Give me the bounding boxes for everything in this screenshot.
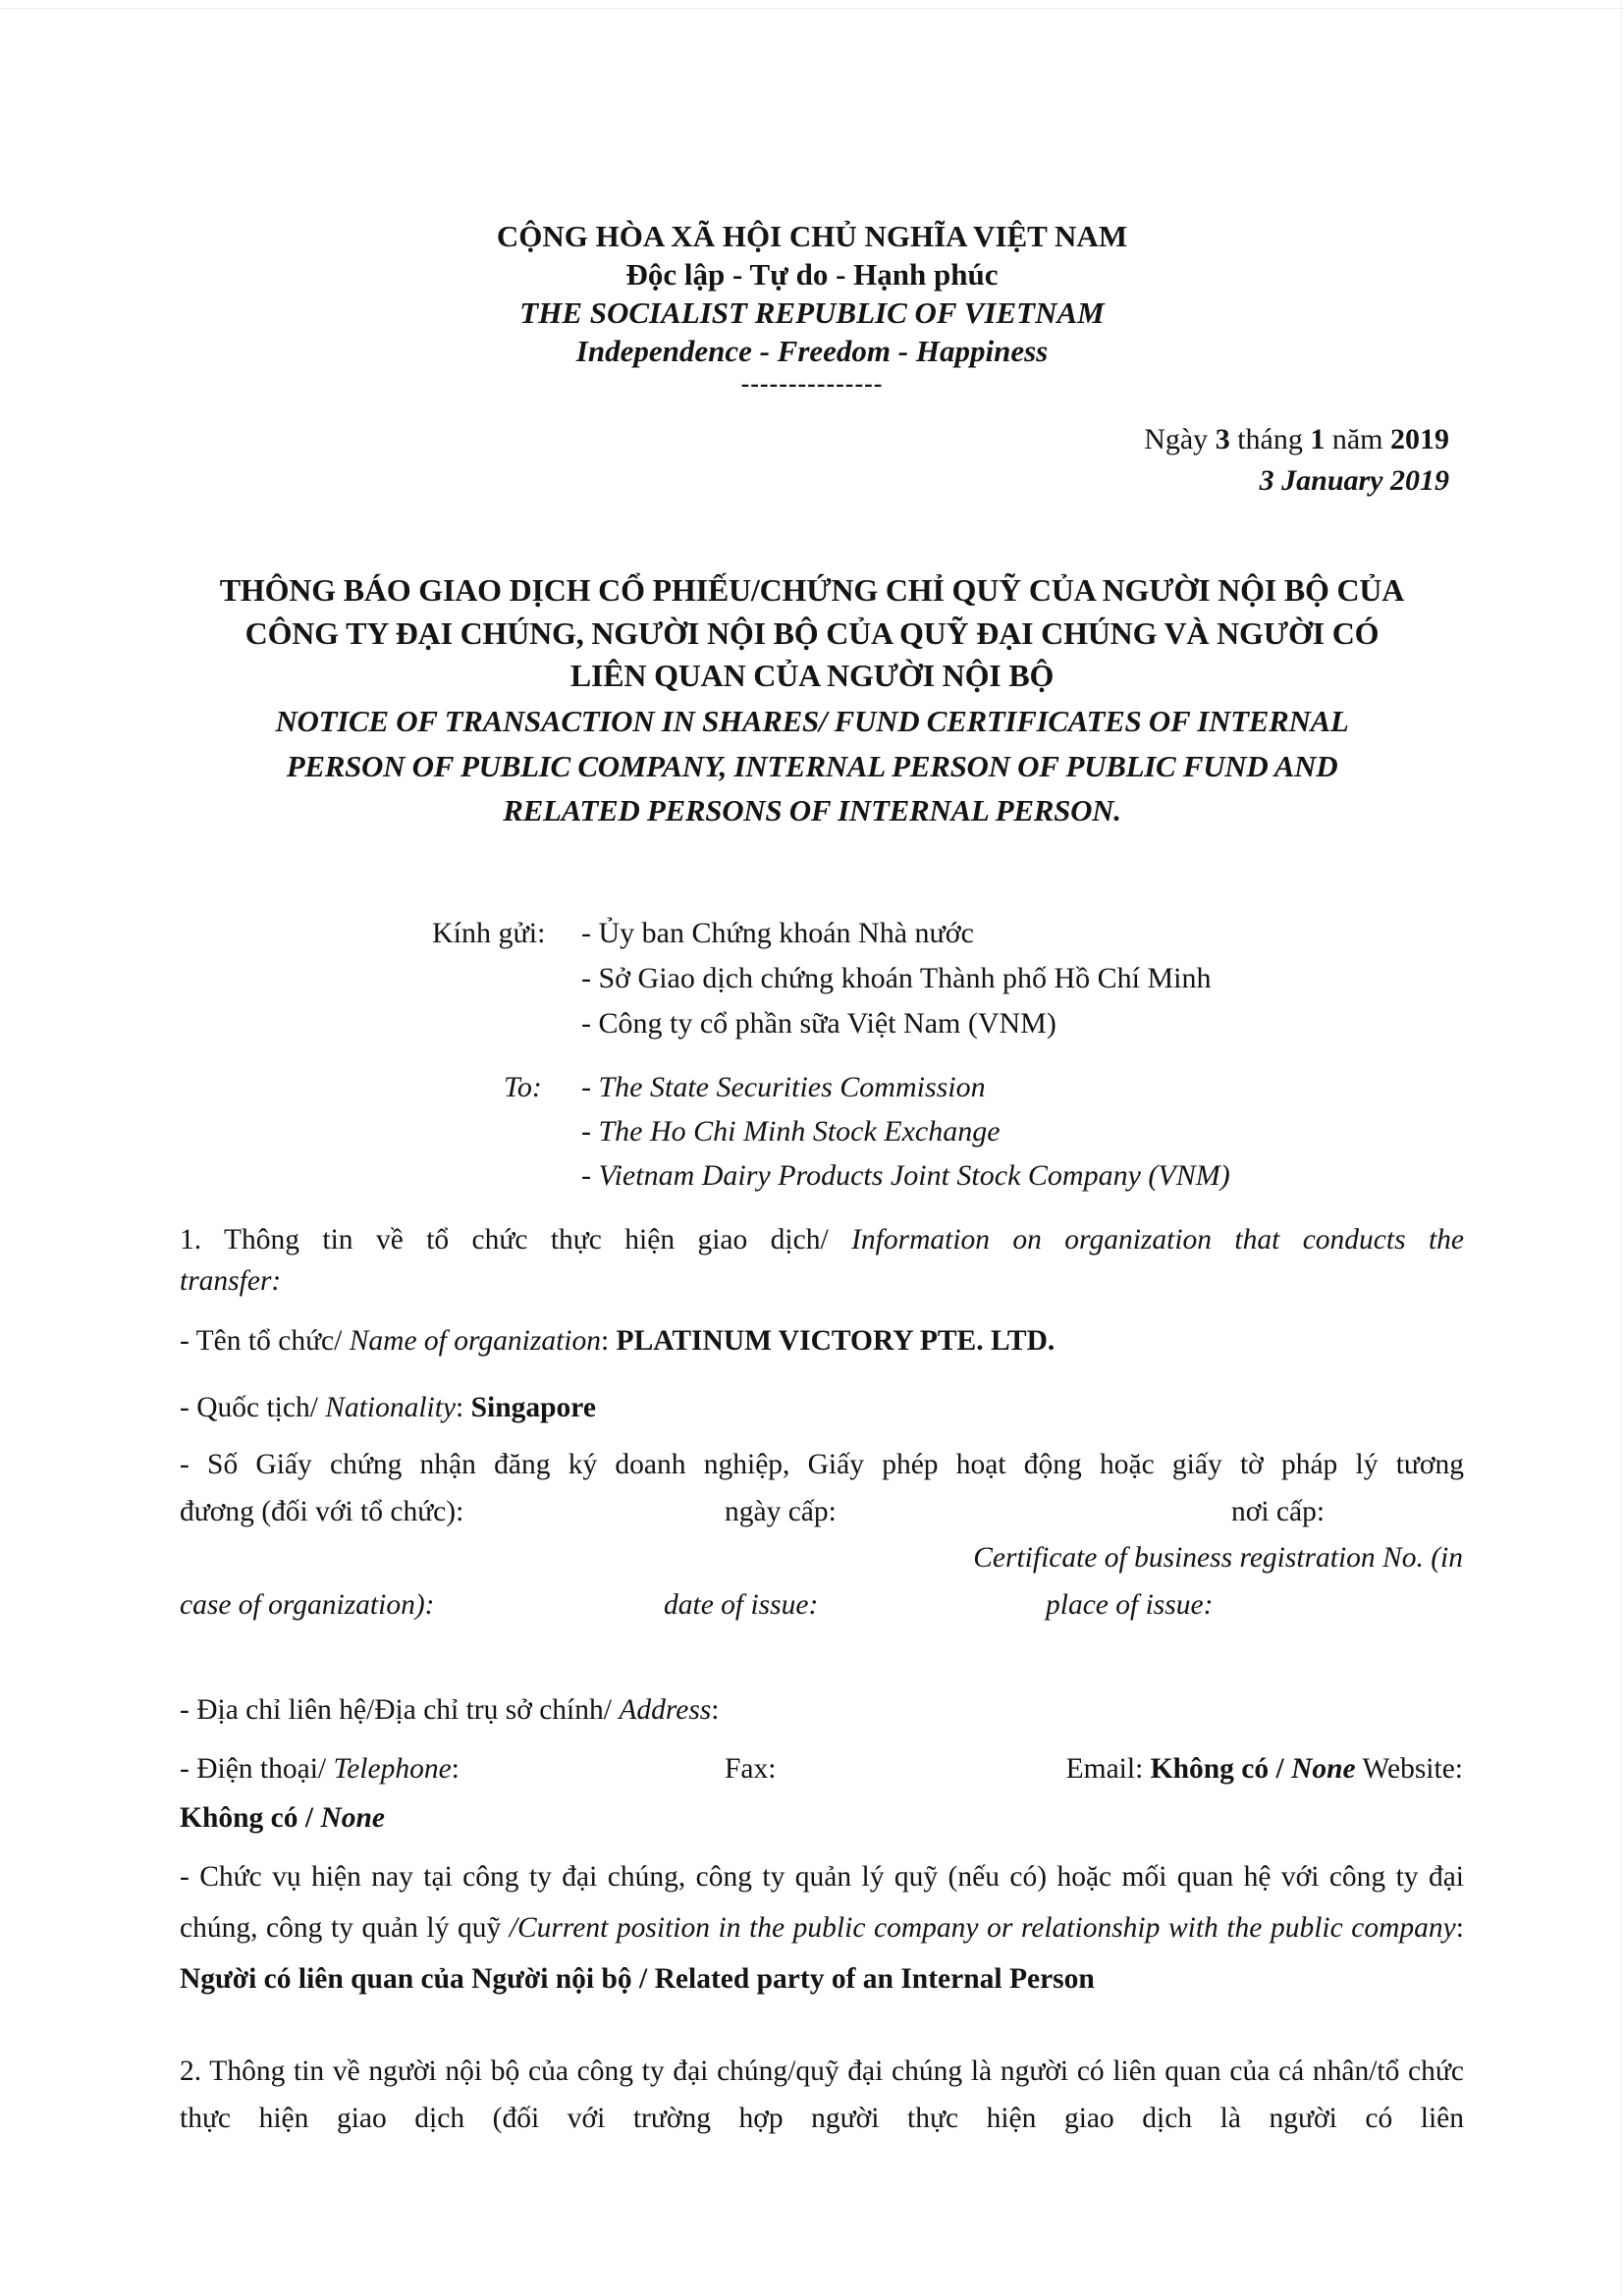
- section1-heading-cont: transfer:: [180, 1261, 281, 1301]
- section1-heading-vi: 1. Thông tin về tổ chức thực hiện giao d…: [180, 1224, 851, 1255]
- email-row: Email: Không có / None Website:: [1066, 1749, 1463, 1789]
- date-vi: Ngày 3 tháng 1 năm 2019: [1144, 420, 1449, 459]
- sep: :: [711, 1694, 719, 1726]
- sep: :: [1456, 1912, 1464, 1944]
- registration-place-label-en: place of issue:: [1046, 1585, 1213, 1625]
- date-day: 3: [1216, 423, 1230, 455]
- national-motto-en: Independence - Freedom - Happiness: [0, 333, 1624, 370]
- nationality-value: Singapore: [471, 1392, 596, 1423]
- recipients-label-vi: Kính gửi:: [432, 911, 545, 956]
- notice-title-en-3: RELATED PERSONS OF INTERNAL PERSON.: [0, 788, 1624, 832]
- address-label-en: Address: [619, 1694, 711, 1726]
- sep: :: [601, 1325, 617, 1357]
- date-en: 3 January 2019: [1260, 461, 1449, 501]
- recipient-en-2: - The Ho Chi Minh Stock Exchange: [581, 1109, 1001, 1154]
- national-motto-vi: Độc lập - Tự do - Hạnh phúc: [0, 256, 1624, 294]
- nationality-label-vi: - Quốc tịch/: [180, 1392, 325, 1423]
- notice-title-en-1: NOTICE OF TRANSACTION IN SHARES/ FUND CE…: [0, 699, 1624, 743]
- recipient-vi-2: - Sở Giao dịch chứng khoán Thành phố Hồ …: [581, 956, 1212, 1001]
- email-value-vi: Không có /: [1151, 1753, 1291, 1785]
- website-value-vi: Không có /: [180, 1802, 320, 1834]
- nationality-row: - Quốc tịch/ Nationality: Singapore: [180, 1388, 596, 1427]
- org-name-label-vi: - Tên tổ chức/: [180, 1325, 350, 1357]
- header-divider: ---------------: [0, 369, 1624, 399]
- address-row: - Địa chỉ liên hệ/Địa chỉ trụ sở chính/ …: [180, 1690, 720, 1730]
- date-month: 1: [1310, 423, 1325, 455]
- date-year-label: năm: [1325, 423, 1390, 455]
- phone-label-en: Telephone: [333, 1753, 451, 1785]
- website-label: Website:: [1356, 1753, 1463, 1785]
- registration-date-label-en: date of issue:: [664, 1585, 818, 1625]
- section1-heading: 1. Thông tin về tổ chức thực hiện giao d…: [180, 1220, 1464, 1259]
- recipient-en-3: - Vietnam Dairy Products Joint Stock Com…: [581, 1153, 1230, 1199]
- registration-line-2a: đương (đối với tổ chức):: [180, 1492, 463, 1531]
- section1-heading-en: Information on organization that conduct…: [851, 1224, 1464, 1255]
- national-title-en: THE SOCIALIST REPUBLIC OF VIETNAM: [0, 294, 1624, 332]
- email-label: Email:: [1066, 1753, 1151, 1785]
- notice-title-vi-3: LIÊN QUAN CỦA NGƯỜI NỘI BỘ: [0, 654, 1624, 697]
- sep: :: [452, 1753, 460, 1785]
- recipients-label-en: To:: [504, 1065, 542, 1110]
- nationality-label-en: Nationality: [325, 1392, 456, 1423]
- registration-line-3: Certificate of business registration No.…: [973, 1538, 1463, 1577]
- registration-date-label-vi: ngày cấp:: [725, 1492, 837, 1531]
- date-month-label: tháng: [1230, 423, 1311, 455]
- position-paragraph: - Chức vụ hiện nay tại công ty đại chúng…: [180, 1851, 1464, 2004]
- position-value: Người có liên quan của Người nội bộ / Re…: [180, 1963, 1095, 1995]
- sep: :: [456, 1392, 471, 1423]
- fax-label: Fax:: [725, 1749, 776, 1789]
- registration-line-1: - Số Giấy chứng nhận đăng ký doanh nghiệ…: [180, 1445, 1464, 1484]
- phone-row: - Điện thoại/ Telephone:: [180, 1749, 460, 1789]
- org-name-value: PLATINUM VICTORY PTE. LTD.: [617, 1325, 1056, 1357]
- national-title-vi: CỘNG HÒA XÃ HỘI CHỦ NGHĨA VIỆT NAM: [0, 218, 1624, 255]
- website-value: Không có / None: [180, 1798, 385, 1838]
- registration-line-4a: case of organization):: [180, 1585, 434, 1625]
- registration-place-label-vi: nơi cấp:: [1231, 1492, 1325, 1531]
- recipient-vi-3: - Công ty cổ phần sữa Việt Nam (VNM): [581, 1001, 1056, 1046]
- scan-edge-top: [0, 8, 1624, 9]
- recipient-vi-1: - Ủy ban Chứng khoán Nhà nước: [581, 911, 974, 956]
- notice-title-vi-1: THÔNG BÁO GIAO DỊCH CỔ PHIẾU/CHỨNG CHỈ Q…: [0, 568, 1624, 612]
- website-value-en: None: [320, 1802, 385, 1834]
- position-text-en: /Current position in the public company …: [510, 1912, 1456, 1944]
- address-label-vi: - Địa chỉ liên hệ/Địa chỉ trụ sở chính/: [180, 1694, 619, 1726]
- notice-title-en-2: PERSON OF PUBLIC COMPANY, INTERNAL PERSO…: [0, 744, 1624, 788]
- section2-paragraph: 2. Thông tin về người nội bộ của công ty…: [180, 2048, 1464, 2142]
- date-year: 2019: [1390, 423, 1449, 455]
- email-value-en: None: [1291, 1753, 1356, 1785]
- org-name-row: - Tên tổ chức/ Name of organization: PLA…: [180, 1321, 1055, 1361]
- notice-title-vi-2: CÔNG TY ĐẠI CHÚNG, NGƯỜI NỘI BỘ CỦA QUỸ …: [0, 612, 1624, 655]
- date-prefix: Ngày: [1144, 423, 1215, 455]
- org-name-label-en: Name of organization: [350, 1325, 601, 1357]
- phone-label-vi: - Điện thoại/: [180, 1753, 333, 1785]
- recipient-en-1: - The State Securities Commission: [581, 1065, 986, 1110]
